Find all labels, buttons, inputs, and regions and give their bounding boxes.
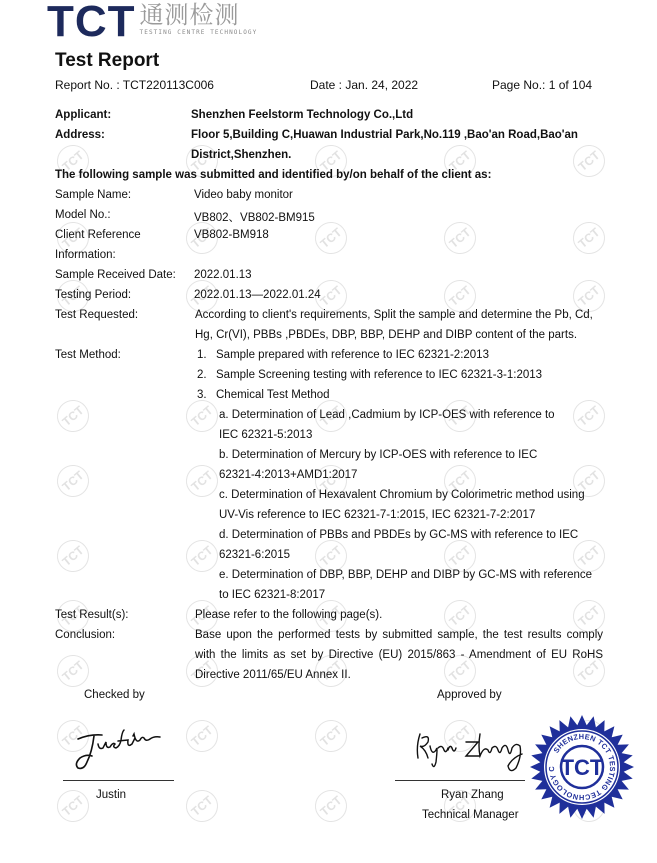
testing-period-label: Testing Period: [55,289,131,301]
method-item-1-text: Sample prepared with reference to IEC 62… [216,349,489,361]
checker-name: Justin [96,789,126,801]
test-results-label: Test Result(s): [55,609,129,621]
watermark-icon: TCT [50,458,95,503]
watermark-icon: TCT [50,533,95,578]
sub-method-e-line-2: to IEC 62321-8:2017 [219,589,325,601]
watermark-icon: TCT [566,393,611,438]
conclusion-line-1: Base upon the performed tests by submitt… [195,629,603,641]
address-line-1: Floor 5,Building C,Huawan Industrial Par… [191,129,578,141]
test-method-label: Test Method: [55,349,121,361]
address-line-2: District,Shenzhen. [191,149,291,161]
sub-method-b-line-1: b. Determination of Mercury by ICP-OES w… [219,449,537,461]
sub-method-d-line-1: d. Determination of PBBs and PBDEs by GC… [219,529,578,541]
watermark-icon: TCT [566,138,611,183]
seal-stamp-graphic: SHENZHEN TCT TESTING TECHNOLOGY CO., LTD… [529,714,635,820]
checker-signature [72,722,172,772]
method-item-3-text: Chemical Test Method [216,389,330,401]
approver-title: Technical Manager [422,809,519,821]
sub-method-d-line-2: 62321-6:2015 [219,549,290,561]
watermark-icon: TCT [50,648,95,693]
logo-brand: TCT [47,2,136,42]
sub-method-a-line-2: IEC 62321-5:2013 [219,429,312,441]
report-date: Date : Jan. 24, 2022 [310,78,418,92]
method-item-2-text: Sample Screening testing with reference … [216,369,542,381]
company-seal: SHENZHEN TCT TESTING TECHNOLOGY CO., LTD… [529,714,635,820]
model-no-label: Model No.: [55,209,111,221]
watermark-icon: TCT [179,713,224,758]
sample-intro: The following sample was submitted and i… [55,169,491,181]
address-label: Address: [55,129,105,141]
test-requested-line-1: According to client's requirements, Spli… [195,309,593,321]
sub-method-c-line-2: UV-Vis reference to IEC 62321-7-1:2015, … [219,509,535,521]
approver-signature-line [395,780,525,781]
page-title: Test Report [55,50,159,72]
logo-tagline: TESTING CENTRE TECHNOLOGY [140,29,258,37]
applicant-label: Applicant: [55,109,111,121]
test-results-value: Please refer to the following page(s). [195,609,382,621]
method-item-2-number: 2. [197,369,207,381]
watermark-icon: TCT [50,783,95,828]
conclusion-line-2: with the limits as set by Directive (EU)… [195,649,603,661]
test-requested-line-2: Hg, Cr(VI), PBBs ,PBDEs, DBP, BBP, DEHP … [195,329,577,341]
sub-method-e-line-1: e. Determination of DBP, BBP, DEHP and D… [219,569,592,581]
conclusion-line-3: Directive 2011/65/EU Annex II. [195,669,351,681]
approver-signature [412,728,527,773]
checked-by-label: Checked by [84,689,145,701]
method-item-3-number: 3. [197,389,207,401]
sub-method-a-line-1: a. Determination of Lead ,Cadmium by ICP… [219,409,555,421]
watermark-icon: TCT [308,215,353,260]
approved-by-label: Approved by [437,689,502,701]
received-date-label: Sample Received Date: [55,269,176,281]
testing-period-value: 2022.01.13—2022.01.24 [194,289,321,301]
watermark-icon: TCT [50,393,95,438]
sample-name-label: Sample Name: [55,189,131,201]
received-date-value: 2022.01.13 [194,269,252,281]
watermark-icon: TCT [179,783,224,828]
logo-chinese-name: 通测检测 [140,2,258,29]
svg-text:TCT: TCT [561,755,604,780]
watermark-icon: TCT [179,533,224,578]
company-logo: TCT 通测检测 TESTING CENTRE TECHNOLOGY [47,2,257,42]
client-reference-value: VB802-BM918 [194,229,269,241]
test-requested-label: Test Requested: [55,309,138,321]
applicant-value: Shenzhen Feelstorm Technology Co.,Ltd [191,109,413,121]
sub-method-b-line-2: 62321-4:2013+AMD1:2017 [219,469,357,481]
sample-name-value: Video baby monitor [194,189,293,201]
checker-signature-graphic [72,722,172,772]
watermark-icon: TCT [566,215,611,260]
method-item-1-number: 1. [197,349,207,361]
watermark-icon: TCT [437,215,482,260]
client-reference-label: Client Reference [55,229,141,241]
report-number: Report No. : TCT220113C006 [55,78,214,92]
conclusion-label: Conclusion: [55,629,115,641]
page-number: Page No.: 1 of 104 [492,78,592,92]
sub-method-c-line-1: c. Determination of Hexavalent Chromium … [219,489,585,501]
watermark-icon: TCT [308,713,353,758]
approver-name: Ryan Zhang [441,789,504,801]
watermark-icon: TCT [179,458,224,503]
watermark-icon: TCT [308,783,353,828]
model-no-value: VB802、VB802-BM915 [194,209,315,225]
client-reference-label-cont: Information: [55,249,116,261]
checker-signature-line [63,780,174,781]
approver-signature-graphic [412,728,527,773]
